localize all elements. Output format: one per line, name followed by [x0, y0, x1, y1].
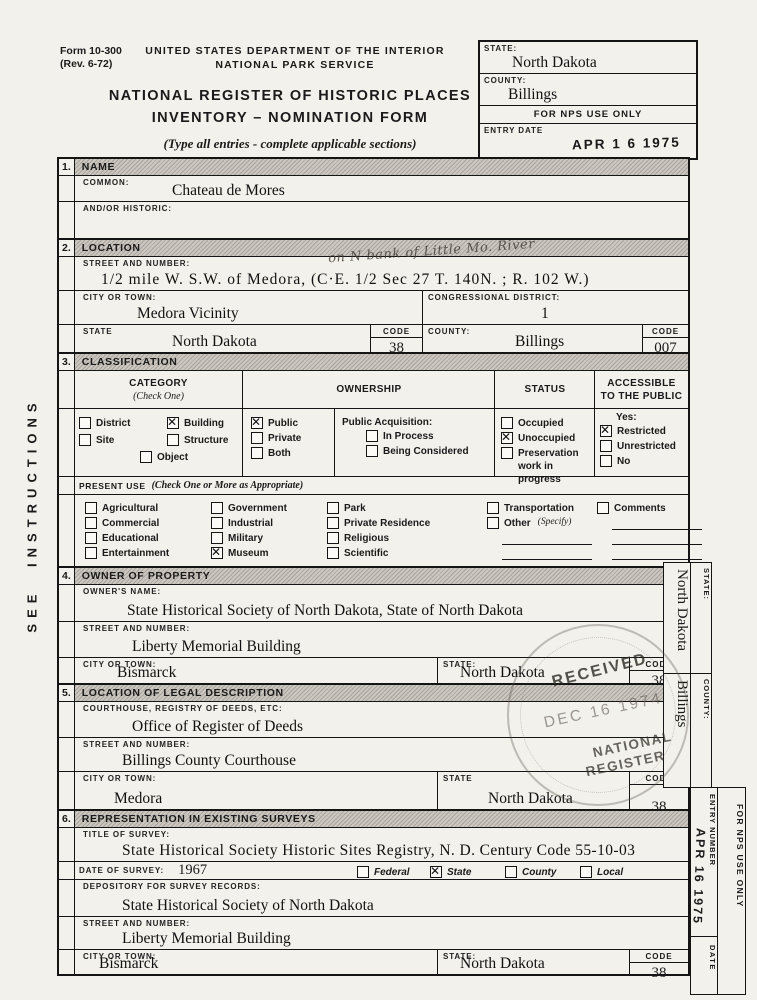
street-value: 1/2 mile W. S.W. of Medora, (C·E. 1/2 Se… [101, 271, 590, 289]
section-1-title: NAME [82, 159, 115, 175]
checkbox-icon [211, 547, 223, 559]
common-name-value: Chateau de Mores [172, 182, 285, 200]
code-label: CODE [630, 950, 688, 963]
checkbox-label: Museum [228, 547, 269, 560]
category-header-text: CATEGORY [75, 377, 242, 390]
checkbox-icon [211, 502, 223, 514]
nomination-form: 1. NAME COMMON: Chateau de Mores AND/OR … [57, 157, 690, 976]
checkbox-public: Public [251, 417, 331, 430]
checkbox-icon [85, 532, 97, 544]
section-3-title: CLASSIFICATION [82, 354, 178, 370]
owner-name-value: State Historical Society of North Dakota… [127, 602, 523, 620]
checkbox-state: State [430, 866, 471, 879]
yes-label: Yes: [616, 412, 688, 423]
checkbox-other: Other(Specify) [487, 517, 592, 530]
street-value: Billings County Courthouse [122, 752, 296, 770]
checkbox-label: Entertainment [102, 547, 169, 560]
city-value: Bismarck [117, 664, 176, 682]
section-6-body: TITLE OF SURVEY: State Historical Societ… [57, 828, 690, 976]
department-heading: UNITED STATES DEPARTMENT OF THE INTERIOR… [120, 45, 470, 72]
code-value: 38 [630, 799, 688, 816]
department-line1: UNITED STATES DEPARTMENT OF THE INTERIOR [120, 45, 470, 59]
county-code-value: 007 [643, 340, 688, 357]
checkbox-icon [327, 532, 339, 544]
checkbox-occupied: Occupied [501, 417, 593, 430]
entry-date-label: ENTRY DATE [480, 124, 696, 135]
checkbox-military: Military [211, 532, 287, 545]
checkbox-label: Educational [102, 532, 159, 545]
depository-value: State Historical Society of North Dakota [122, 897, 374, 915]
checkbox-icon [487, 502, 499, 514]
checkbox-label: Restricted [617, 425, 666, 438]
accessible-group: Yes: Restricted Unrestricted No [600, 412, 688, 470]
section-2-body: STREET AND NUMBER: 1/2 mile W. S.W. of M… [57, 257, 690, 352]
section-3-body: CATEGORY (Check One) OWNERSHIP STATUS AC… [57, 371, 690, 566]
checkbox-transportation: Transportation [487, 502, 592, 515]
checkbox-building: Building [167, 417, 249, 430]
checkbox-icon [211, 532, 223, 544]
checkbox-icon [251, 447, 263, 459]
checkbox-label: Private [268, 432, 301, 445]
checkbox-icon [140, 451, 152, 463]
checkbox-park: Park [327, 502, 430, 515]
checkbox-icon [597, 502, 609, 514]
state-code-cell: CODE 38 [370, 325, 422, 352]
checkbox-icon [600, 455, 612, 467]
section-4-title: OWNER OF PROPERTY [82, 568, 211, 584]
classification-header-row: CATEGORY (Check One) OWNERSHIP STATUS AC… [59, 371, 688, 409]
nps-state-row: STATE: North Dakota [480, 42, 696, 74]
checkbox-unoccupied: Unoccupied [501, 432, 593, 445]
courthouse-value: Office of Register of Deeds [132, 718, 303, 736]
checkbox-industrial: Industrial [211, 517, 287, 530]
city-value: Medora [114, 790, 162, 808]
checkbox-label: Building [184, 417, 224, 430]
section-1-number: 1. [59, 159, 75, 175]
present-use-label-row: PRESENT USE (Check One or More as Approp… [59, 477, 688, 495]
checkbox-icon [366, 445, 378, 457]
code-label: CODE [371, 325, 422, 338]
checkbox-icon [85, 502, 97, 514]
street-value: Liberty Memorial Building [132, 638, 301, 656]
checkbox-icon [487, 517, 499, 529]
checkbox-icon [600, 440, 612, 452]
checkbox-entertainment: Entertainment [85, 547, 169, 560]
field-survey-title: TITLE OF SURVEY: State Historical Societ… [59, 828, 688, 862]
checkbox-label: Military [228, 532, 263, 545]
checkbox-label: Industrial [228, 517, 273, 530]
checkbox-note: (Specify) [538, 517, 572, 527]
state-value: North Dakota [460, 955, 545, 973]
checkbox-icon [505, 866, 517, 878]
blank-line [502, 547, 592, 560]
checkbox-icon [327, 547, 339, 559]
checkbox-government: Government [211, 502, 287, 515]
form-title-line2: INVENTORY – NOMINATION FORM [65, 107, 515, 129]
historic-name-label: AND/OR HISTORIC: [79, 202, 688, 213]
state-code-value: 38 [371, 340, 422, 357]
city-value: Bismarck [99, 955, 158, 973]
ownership-header: OWNERSHIP [242, 371, 495, 408]
district-label: CONGRESSIONAL DISTRICT: [423, 291, 688, 302]
county-cell: COUNTY: Billings [422, 325, 642, 352]
checkbox-in-process: In Process [366, 430, 490, 443]
accessible-header-line2: TO THE PUBLIC [595, 390, 688, 403]
field-common-name: COMMON: Chateau de Mores [59, 176, 688, 202]
checkbox-label: Agricultural [102, 502, 158, 515]
ownership-group: Public Private Both [251, 415, 331, 462]
blank-line [502, 532, 592, 545]
checkbox-object: Object [140, 451, 188, 464]
checkbox-private: Private [251, 432, 331, 445]
ownership-header-text: OWNERSHIP [243, 383, 495, 396]
survey-title-label: TITLE OF SURVEY: [79, 828, 688, 839]
checkbox-icon [167, 434, 179, 446]
section-6-number: 6. [59, 811, 75, 827]
code-cell: CODE 38 [629, 950, 688, 974]
side-state-label: STATE: [690, 563, 711, 673]
field-historic-name: AND/OR HISTORIC: [59, 202, 688, 238]
checkbox-comments: Comments [597, 502, 702, 515]
code-label: CODE [643, 325, 688, 338]
checkbox-icon [357, 866, 369, 878]
section-1-bar: 1. NAME [57, 157, 690, 176]
form-number-line2: (Rev. 6-72) [60, 58, 122, 71]
checkbox-commercial: Commercial [85, 517, 169, 530]
section-6-bar: 6. REPRESENTATION IN EXISTING SURVEYS [57, 809, 690, 828]
checkbox-icon [501, 417, 513, 429]
entry-date-stamp: APR 1 6 1975 [572, 135, 681, 153]
congressional-district-cell: CONGRESSIONAL DISTRICT: 1 [422, 291, 688, 324]
checkbox-unrestricted: Unrestricted [600, 440, 688, 453]
checkbox-label: Occupied [518, 417, 564, 430]
form-title-line1: NATIONAL REGISTER OF HISTORIC PLACES [65, 85, 515, 107]
checkbox-label: State [447, 866, 471, 879]
county-value: Billings [508, 86, 557, 104]
department-line2: NATIONAL PARK SERVICE [120, 59, 470, 73]
depository-label: DEPOSITORY FOR SURVEY RECORDS: [79, 880, 688, 891]
form-number-line1: Form 10-300 [60, 45, 122, 58]
checkbox-district: District [79, 417, 167, 430]
checkbox-icon [366, 430, 378, 442]
checkbox-structure: Structure [167, 434, 249, 447]
checkbox-icon [211, 517, 223, 529]
street-value: Liberty Memorial Building [122, 930, 291, 948]
owner-name-label: OWNER'S NAME: [79, 585, 688, 596]
nps-use-only-vertical-label: FOR NPS USE ONLY [717, 788, 745, 994]
divider [334, 409, 335, 476]
field-depository: DEPOSITORY FOR SURVEY RECORDS: State His… [59, 880, 688, 917]
checkbox-label: Federal [374, 866, 410, 879]
state-value: North Dakota [512, 54, 597, 72]
blank-line [612, 517, 702, 530]
checkbox-label: Being Considered [383, 445, 469, 458]
checkbox-icon [251, 417, 263, 429]
category-group: District Building Site Structure Object [79, 415, 241, 466]
section-5-title: LOCATION OF LEGAL DESCRIPTION [82, 685, 284, 701]
county-value: Billings [515, 333, 564, 351]
checkbox-museum: Museum [211, 547, 287, 560]
checkbox-label: Private Residence [344, 517, 430, 530]
checkbox-label: Public [268, 417, 298, 430]
checkbox-icon [251, 432, 263, 444]
survey-date-label: DATE OF SURVEY: [79, 866, 164, 875]
checkbox-label: Local [597, 866, 623, 879]
county-label: COUNTY: [480, 74, 696, 85]
accessible-header: ACCESSIBLE TO THE PUBLIC [594, 371, 688, 408]
checkbox-icon [501, 432, 513, 444]
checkbox-private-residence: Private Residence [327, 517, 430, 530]
checkbox-label: Unrestricted [617, 440, 676, 453]
field-survey-city-state: CITY OR TOWN: Bismarck STATE: North Dako… [59, 950, 688, 974]
checkbox-label: Scientific [344, 547, 388, 560]
blank-line [612, 547, 702, 560]
scanned-form-page: SEE INSTRUCTIONS Form 10-300 (Rev. 6-72)… [0, 0, 757, 1000]
date-label: DATE [691, 937, 717, 994]
section-6-title: REPRESENTATION IN EXISTING SURVEYS [82, 811, 316, 827]
checkbox-restricted: Restricted [600, 425, 688, 438]
checkbox-federal: Federal [357, 866, 410, 879]
form-number: Form 10-300 (Rev. 6-72) [60, 45, 122, 71]
checkbox-both: Both [251, 447, 331, 460]
present-use-col3: Park Private Residence Religious Scienti… [327, 500, 430, 562]
side-county-label: COUNTY: [690, 674, 711, 787]
survey-title-value: State Historical Society Historic Sites … [122, 842, 635, 860]
present-use-checkboxes: Agricultural Commercial Educational Ente… [59, 495, 688, 566]
checkbox-being-considered: Being Considered [366, 445, 490, 458]
checkbox-icon [79, 434, 91, 446]
present-use-col5: Comments [597, 500, 702, 560]
checkbox-icon [79, 417, 91, 429]
checkbox-icon [600, 425, 612, 437]
checkbox-icon [167, 417, 179, 429]
section-2-title: LOCATION [82, 240, 141, 256]
checkbox-label: Other [504, 517, 531, 530]
checkbox-label: District [96, 417, 130, 430]
category-header: CATEGORY (Check One) [75, 371, 242, 408]
county-code-cell: CODE 007 [642, 325, 688, 352]
city-value: Medora Vicinity [137, 305, 239, 323]
public-acquisition-title: Public Acquisition: [342, 417, 490, 428]
nps-use-only-label: FOR NPS USE ONLY [480, 106, 696, 124]
classification-checkbox-row: District Building Site Structure Object … [59, 409, 688, 477]
field-survey-street: STREET AND NUMBER: Liberty Memorial Buil… [59, 917, 688, 950]
field-owner-name: OWNER'S NAME: State Historical Society o… [59, 585, 688, 622]
checkbox-label: Site [96, 434, 114, 447]
form-title: NATIONAL REGISTER OF HISTORIC PLACES INV… [65, 85, 515, 130]
checkbox-county: County [505, 866, 556, 879]
section-4-number: 4. [59, 568, 75, 584]
field-city-town: CITY OR TOWN: Medora Vicinity CONGRESSIO… [59, 291, 688, 325]
status-header-text: STATUS [495, 383, 595, 396]
margin-note: SEE INSTRUCTIONS [25, 397, 40, 632]
checkbox-icon [327, 502, 339, 514]
checkbox-icon [327, 517, 339, 529]
district-value: 1 [541, 305, 549, 323]
checkbox-label: Object [157, 451, 188, 464]
type-instructions-note: (Type all entries - complete applicable … [65, 136, 515, 152]
state-label: STATE: [480, 42, 696, 53]
section-2-number: 2. [59, 240, 75, 256]
public-acquisition-group: Public Acquisition: In Process Being Con… [342, 415, 490, 460]
state-value: North Dakota [172, 333, 257, 351]
present-use-col2: Government Industrial Military Museum [211, 500, 287, 562]
present-use-col4: Transportation Other(Specify) [487, 500, 592, 560]
checkbox-label: Park [344, 502, 366, 515]
nps-county-row: COUNTY: Billings [480, 74, 696, 106]
checkbox-label: Government [228, 502, 287, 515]
divider [594, 409, 595, 476]
checkbox-label: Transportation [504, 502, 574, 515]
section-5-number: 5. [59, 685, 75, 701]
checkbox-icon [85, 517, 97, 529]
checkbox-label: Both [268, 447, 291, 460]
checkbox-agricultural: Agricultural [85, 502, 169, 515]
state-cell: STATE: North Dakota [437, 950, 629, 974]
present-use-label: PRESENT USE [79, 481, 146, 491]
checkbox-label: Structure [184, 434, 228, 447]
checkbox-scientific: Scientific [327, 547, 430, 560]
field-state-county-codes: STATE North Dakota CODE 38 COUNTY: Billi… [59, 325, 688, 352]
checkbox-religious: Religious [327, 532, 430, 545]
present-use-col1: Agricultural Commercial Educational Ente… [85, 500, 169, 562]
checkbox-icon [580, 866, 592, 878]
present-use-note: (Check One or More as Appropriate) [152, 480, 304, 491]
checkbox-label: Religious [344, 532, 389, 545]
checkbox-site: Site [79, 434, 167, 447]
category-header-note: (Check One) [75, 390, 242, 403]
section-3-number: 3. [59, 354, 75, 370]
status-header: STATUS [494, 371, 595, 408]
checkbox-label: County [522, 866, 556, 879]
blank-line [612, 532, 702, 545]
accessible-header-line1: ACCESSIBLE [595, 377, 688, 390]
checkbox-label: Comments [614, 502, 666, 515]
divider [494, 409, 495, 476]
side-state-cell: North Dakota STATE: [664, 563, 711, 674]
checkbox-label: Unoccupied [518, 432, 575, 445]
checkbox-label: No [617, 455, 630, 468]
checkbox-no: No [600, 455, 688, 468]
street-label: STREET AND NUMBER: [79, 917, 688, 928]
survey-date-value: 1967 [178, 862, 207, 879]
checkbox-icon [430, 866, 442, 878]
field-survey-date: DATE OF SURVEY: 1967 Federal State Count… [59, 862, 688, 880]
section-1-body: COMMON: Chateau de Mores AND/OR HISTORIC… [57, 176, 690, 238]
checkbox-local: Local [580, 866, 623, 879]
entry-date-row: ENTRY DATE APR 1 6 1975 [480, 124, 696, 157]
nps-header-box: STATE: North Dakota COUNTY: Billings FOR… [478, 40, 698, 160]
code-value: 38 [630, 965, 688, 982]
checkbox-educational: Educational [85, 532, 169, 545]
checkbox-icon [85, 547, 97, 559]
checkbox-label: In Process [383, 430, 434, 443]
checkbox-label: Commercial [102, 517, 159, 530]
common-name-label: COMMON: [79, 176, 688, 187]
checkbox-icon [501, 447, 513, 459]
section-4-bar: 4. OWNER OF PROPERTY [57, 566, 690, 585]
